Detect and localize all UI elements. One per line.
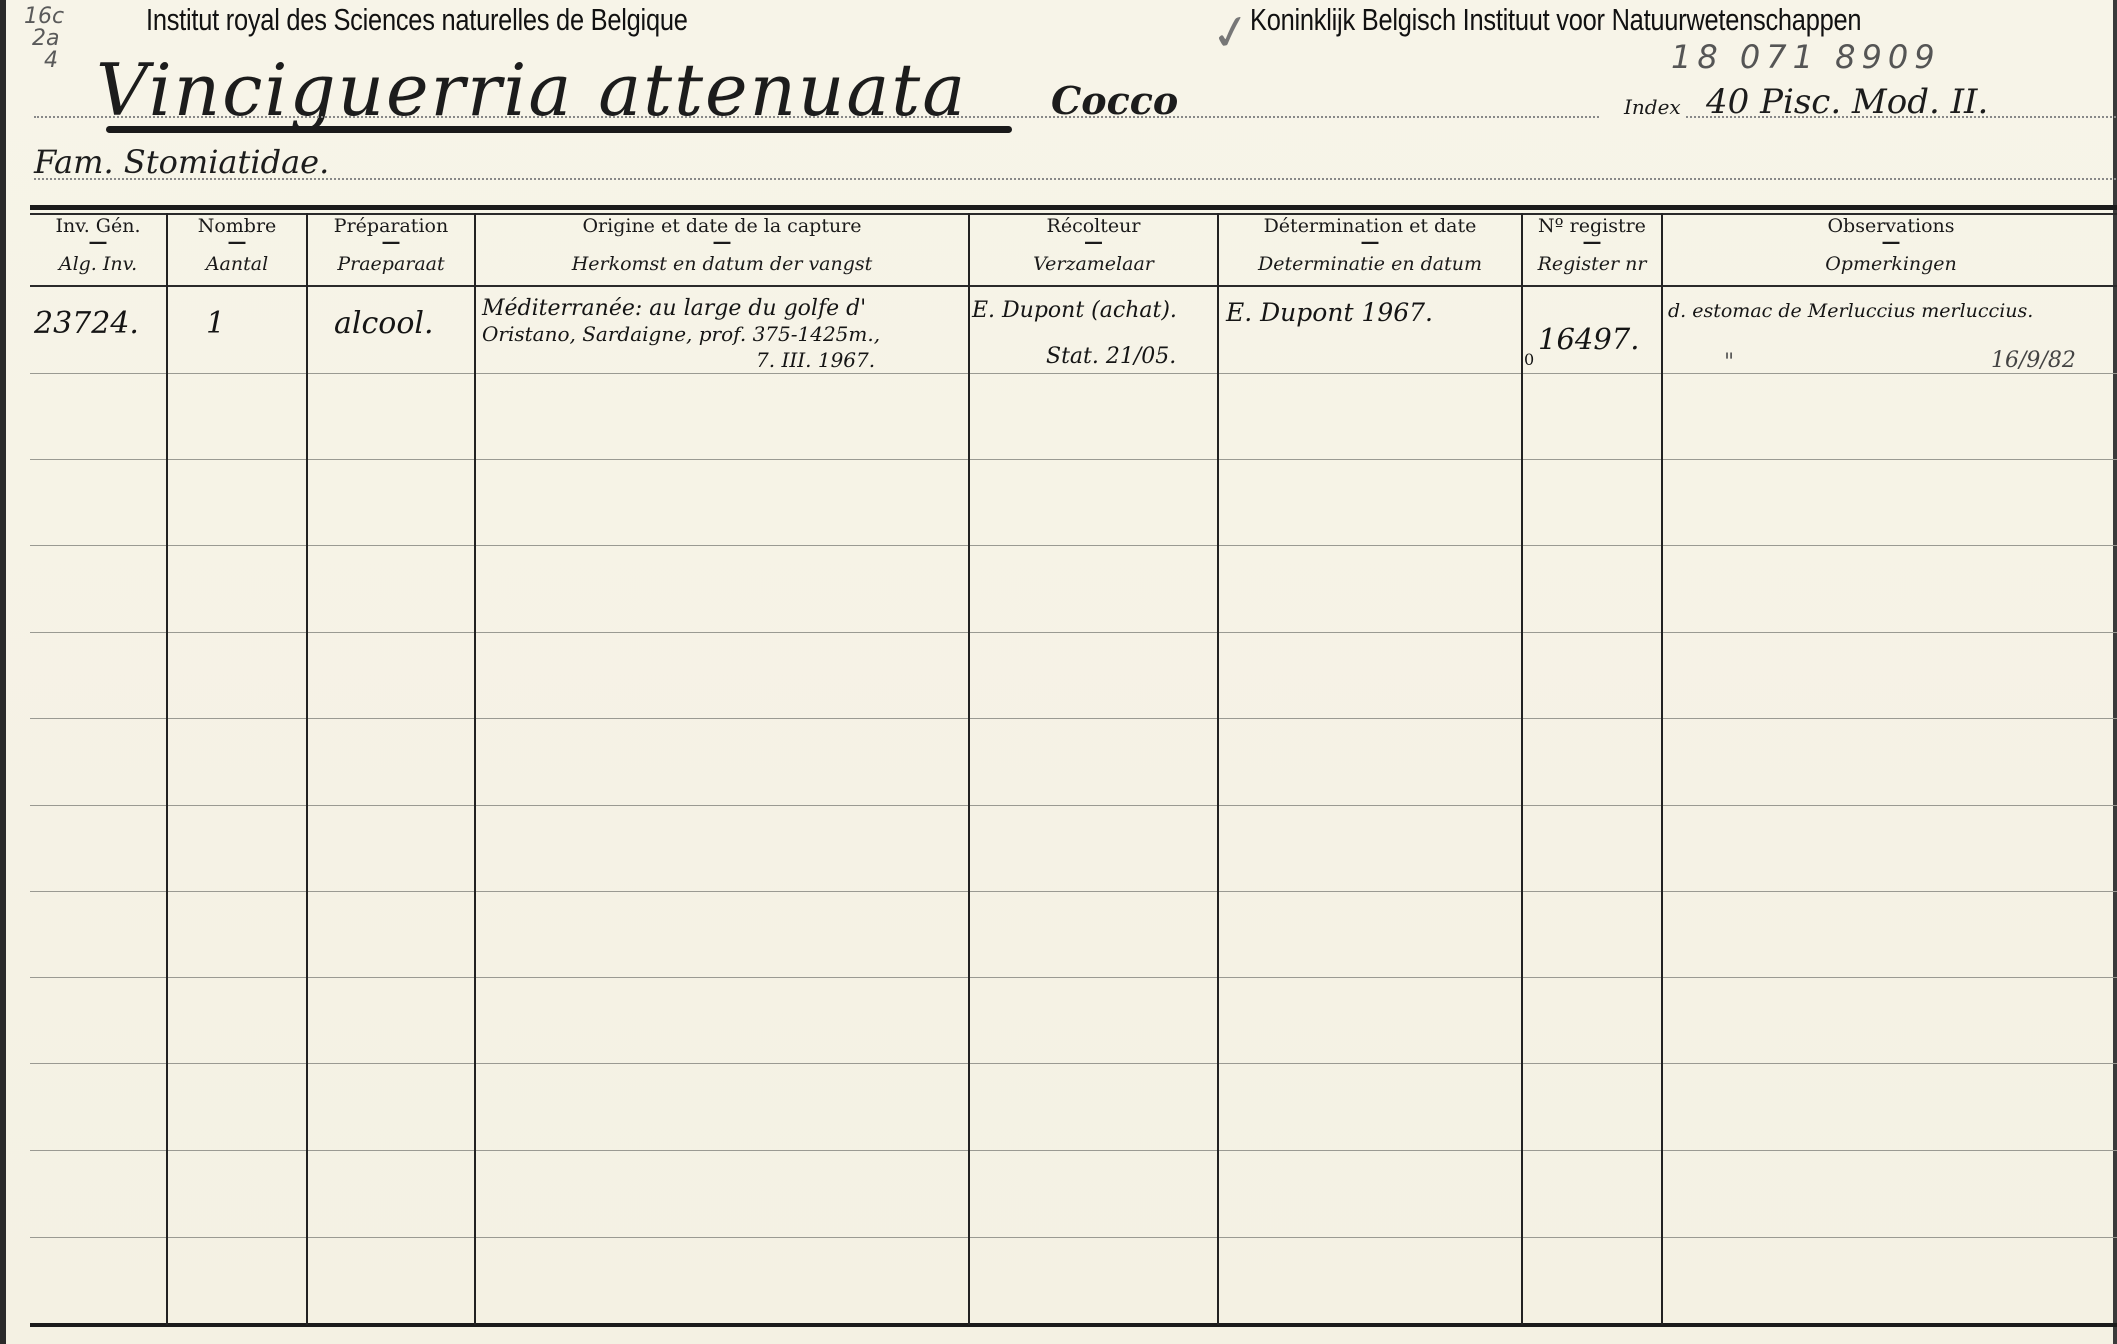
cell-observations-ditto: " (1724, 350, 1734, 375)
header-separator: — (1663, 237, 2117, 247)
header-nl: Opmerkingen (1663, 253, 2117, 275)
title-dotted-line (34, 116, 1599, 118)
row-rule (30, 1150, 2117, 1151)
column-header-preparation: Préparation — Praeparaat (308, 213, 474, 285)
column-header-origine: Origine et date de la capture — Herkomst… (476, 213, 968, 285)
row-rule (30, 977, 2117, 978)
row-rule (30, 718, 2117, 719)
column-rule (1661, 213, 1663, 1325)
row-rule (30, 373, 2117, 374)
cell-recolteur-line1: E. Dupont (achat). (972, 298, 1177, 323)
specimen-catalog-card: Institut royal des Sciences naturelles d… (0, 0, 2117, 1344)
column-header-inv-gen: Inv. Gén. — Alg. Inv. (30, 213, 166, 285)
margin-note: 4 (24, 50, 64, 72)
header-nl: Determinatie en datum (1219, 253, 1521, 275)
pencil-check-mark-icon: ✓ (1206, 2, 1255, 64)
column-rule (1521, 213, 1523, 1325)
header-bottom-rule (30, 285, 2117, 287)
header-separator: — (1219, 237, 1521, 247)
family-dotted-line (34, 178, 2116, 180)
cell-registre: 16497. (1538, 322, 1639, 356)
cell-observations-line1: d. estomac de Merluccius merluccius. (1668, 300, 2033, 322)
cell-origine-line3: 7. III. 1967. (756, 348, 875, 372)
margin-notes: 16c 2a 4 (24, 6, 64, 72)
institution-name-fr: Institut royal des Sciences naturelles d… (146, 2, 688, 38)
cell-recolteur-line2: Stat. 21/05. (1046, 344, 1176, 369)
row-rule (30, 805, 2117, 806)
header-nl: Register nr (1523, 253, 1661, 275)
register-stamp: 18 071 8909 (1671, 38, 1941, 76)
family-name: Fam. Stomiatidae. (34, 143, 329, 181)
cell-registre-note: 0 (1524, 350, 1534, 369)
row-rule (30, 545, 2117, 546)
table-bottom-rule (30, 1323, 2117, 1327)
header-nl: Herkomst en datum der vangst (476, 253, 968, 275)
header-separator: — (1523, 237, 1661, 247)
column-header-registre: Nº registre — Register nr (1523, 213, 1661, 285)
cell-observations-date: 16/9/82 (1991, 348, 2076, 373)
header-separator: — (30, 237, 166, 247)
margin-note: 16c (24, 6, 64, 28)
row-rule (30, 1063, 2117, 1064)
column-header-determination: Détermination et date — Determinatie en … (1219, 213, 1521, 285)
header-separator: — (970, 237, 1217, 247)
index-dotted-line (1686, 116, 2116, 118)
column-rule (474, 213, 476, 1325)
header-separator: — (476, 237, 968, 247)
header-nl: Alg. Inv. (30, 253, 166, 275)
column-header-recolteur: Récolteur — Verzamelaar (970, 213, 1217, 285)
column-rule (968, 213, 970, 1325)
row-rule (30, 632, 2117, 633)
column-rule (1217, 213, 1219, 1325)
row-rule (30, 891, 2117, 892)
header-nl: Aantal (168, 253, 306, 275)
cell-origine-line2: Oristano, Sardaigne, prof. 375-1425m., (482, 322, 880, 346)
institution-name-nl: Koninklijk Belgisch Instituut voor Natuu… (1250, 2, 1861, 38)
table-top-rule (30, 205, 2117, 210)
row-rule (30, 459, 2117, 460)
cell-preparation: alcool. (334, 306, 434, 341)
cell-determination: E. Dupont 1967. (1226, 298, 1433, 327)
column-rule (306, 213, 308, 1325)
title-underline (106, 126, 1012, 133)
header-nl: Praeparaat (308, 253, 474, 275)
species-title: Vinciguerria attenuata (96, 48, 967, 132)
row-rule (30, 1237, 2117, 1238)
header-nl: Verzamelaar (970, 253, 1217, 275)
column-header-observations: Observations — Opmerkingen (1663, 213, 2117, 285)
cell-inv-gen: 23724. (34, 306, 139, 341)
header-separator: — (168, 237, 306, 247)
column-header-nombre: Nombre — Aantal (168, 213, 306, 285)
cell-nombre: 1 (206, 306, 225, 341)
margin-note: 2a (24, 28, 64, 50)
header-separator: — (308, 237, 474, 247)
column-rule (166, 213, 168, 1325)
index-label: Index (1624, 95, 1681, 119)
cell-origine-line1: Méditerranée: au large du golfe d' (482, 296, 866, 321)
